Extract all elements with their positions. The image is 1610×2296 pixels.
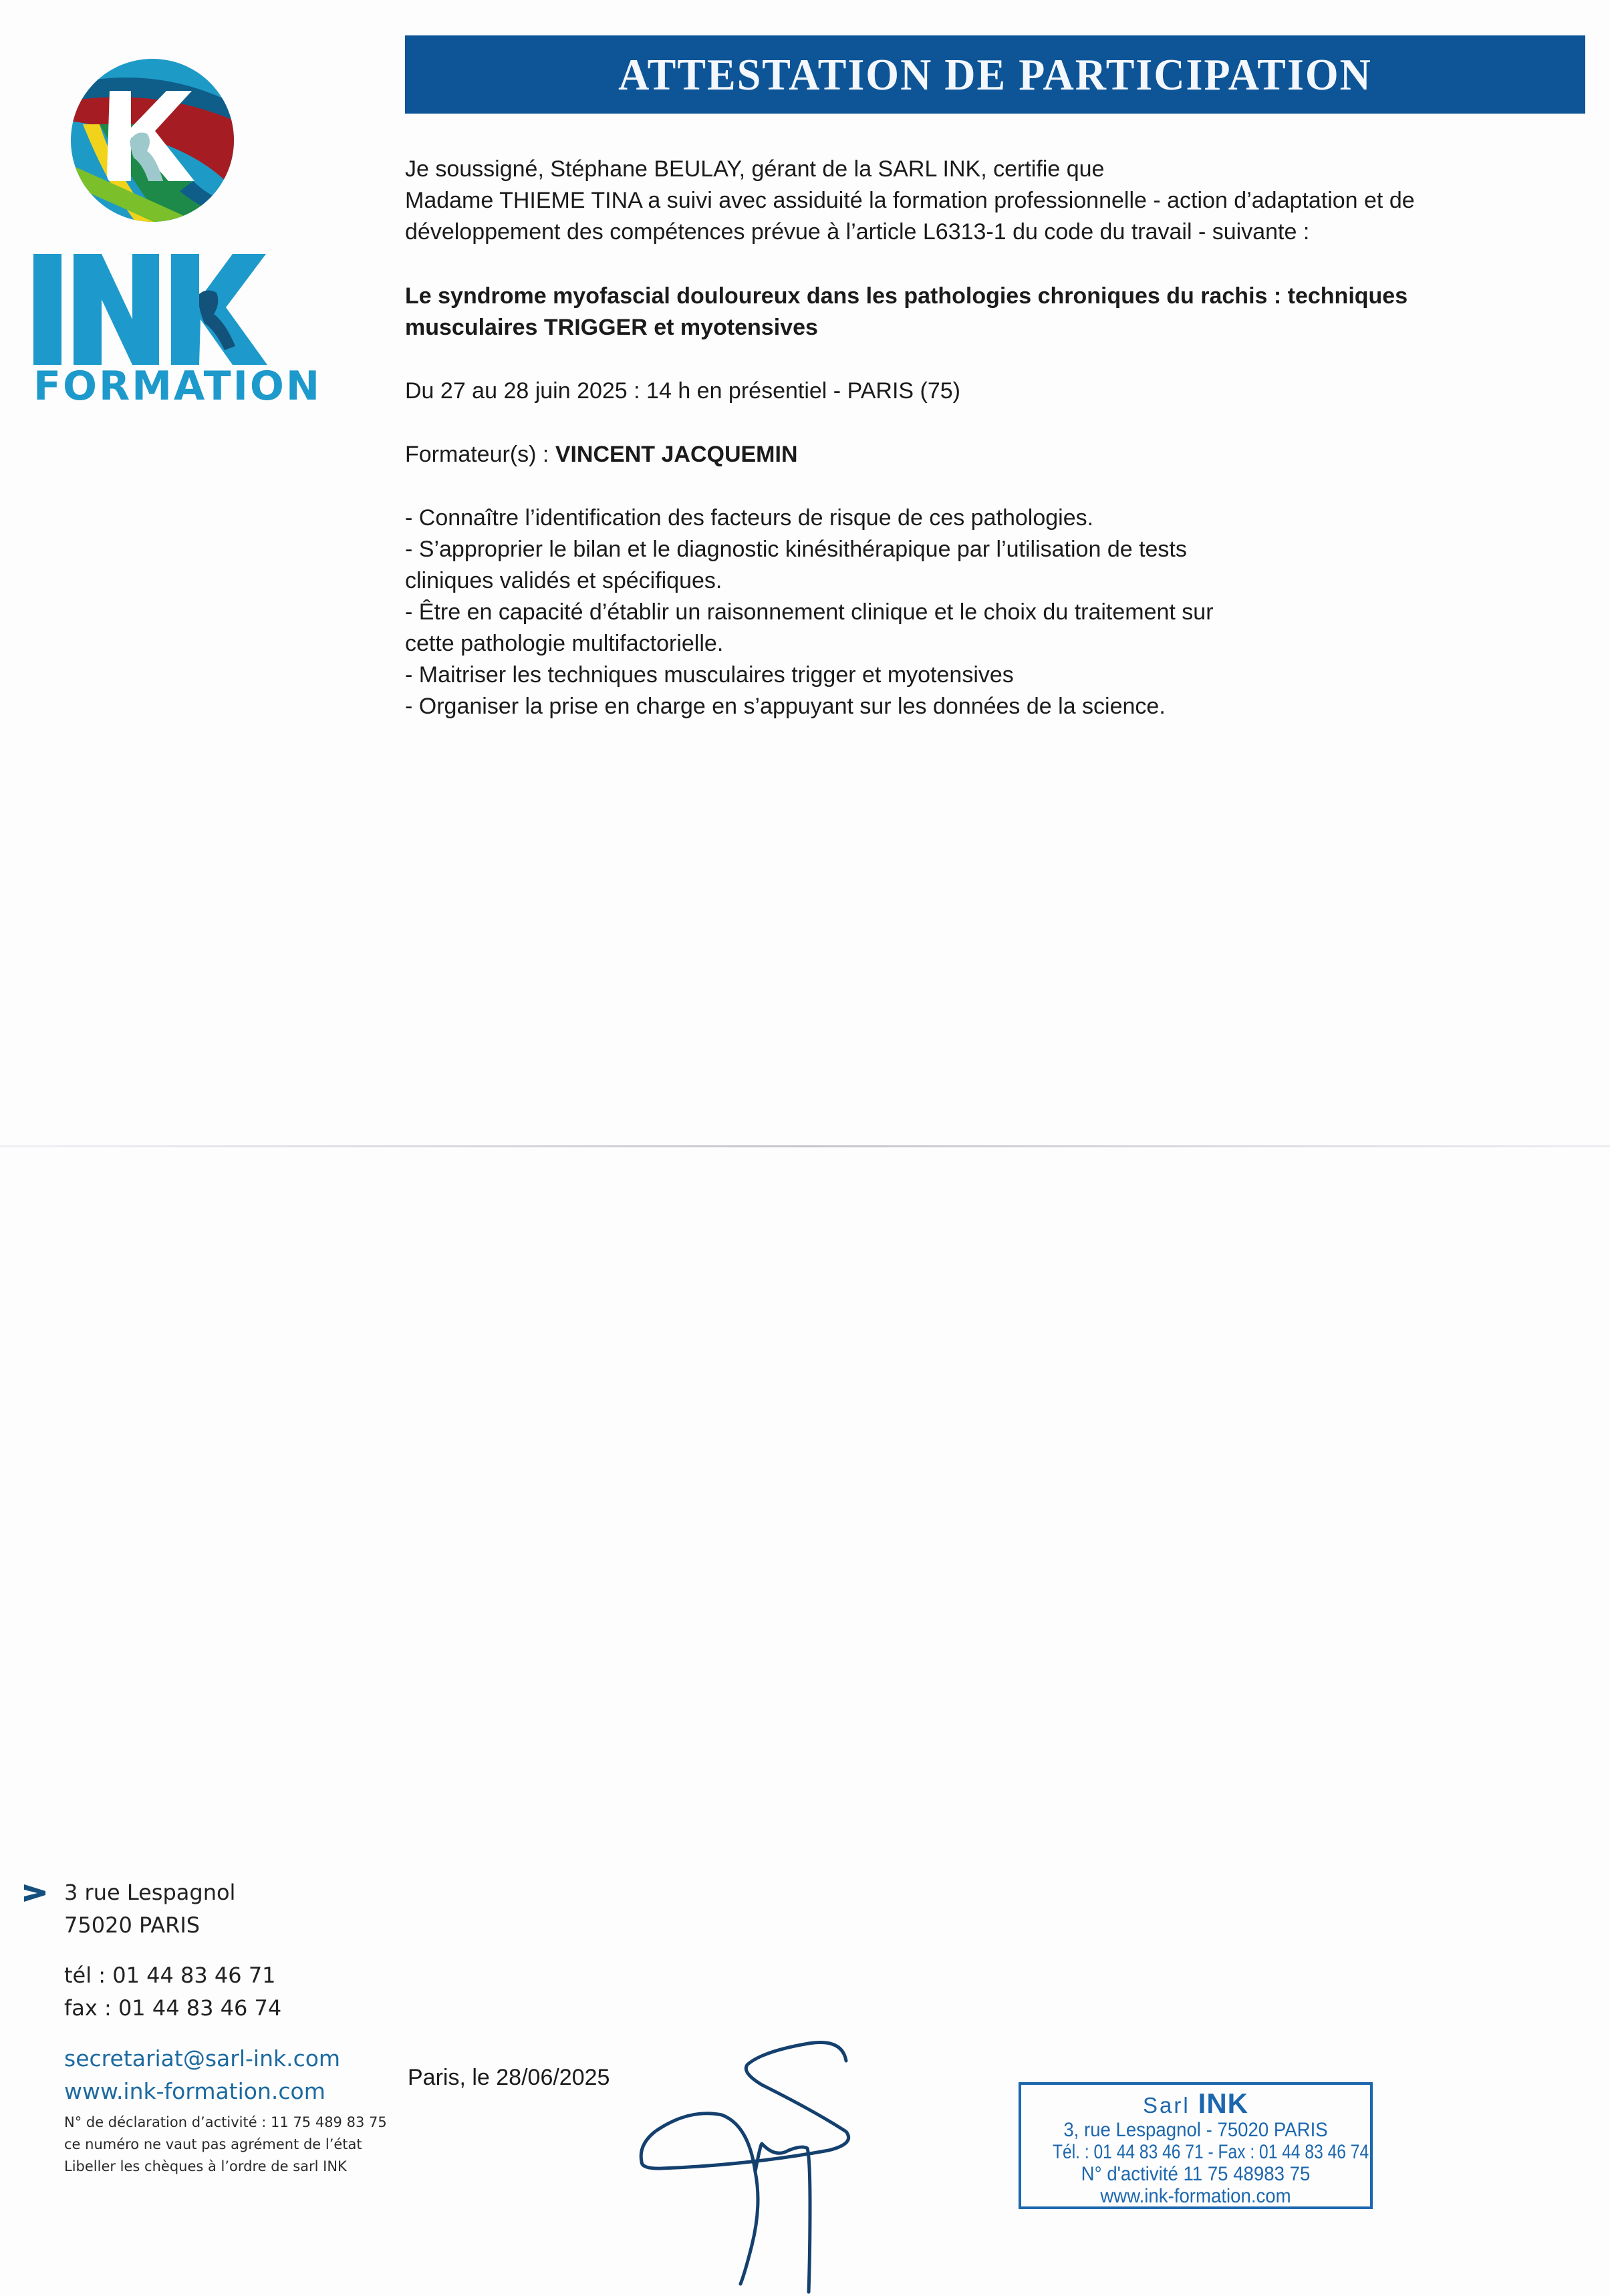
objective-item: - Maitriser les techniques musculaires t… [405,660,1214,691]
course-title: Le syndrome myofascial douloureux dans l… [405,281,1407,343]
handwritten-signature [468,2031,1016,2296]
phone-number: tél : 01 44 83 46 71 [64,1959,340,1992]
ink-formation-logo: FORMATION [32,52,273,413]
course-dates: Du 27 au 28 juin 2025 : 14 h en présenti… [405,376,960,407]
website-link[interactable]: www.ink-formation.com [64,2075,340,2108]
objective-item: - Être en capacité d’établir un raisonne… [405,597,1214,628]
objective-item: - Connaître l’identification des facteur… [405,503,1214,534]
legal-line: N° de déclaration d’activité : 11 75 489… [64,2112,387,2134]
objective-item: - Organiser la prise en charge en s’appu… [405,691,1214,722]
legal-notice: N° de déclaration d’activité : 11 75 489… [64,2112,387,2178]
intro-line: développement des compétences prévue à l… [405,217,1415,248]
stamp-name: INK [1198,2088,1248,2119]
legal-line: Libeller les chèques à l’ordre de sarl I… [64,2156,387,2178]
objective-item: cliniques validés et spécifiques. [405,565,1214,597]
paper-fold-line [0,1145,1610,1147]
stamp-prefix: Sarl [1143,2093,1190,2118]
certification-statement: Je soussigné, Stéphane BEULAY, gérant de… [405,154,1415,248]
company-stamp: SarlINK 3, rue Lespagnol - 75020 PARIS T… [1019,2082,1373,2209]
logo-wordmark [32,253,273,366]
legal-line: ce numéro ne vaut pas agrément de l’état [64,2134,387,2156]
logo-k-emblem-icon [70,57,235,223]
document-title: ATTESTATION DE PARTICIPATION [618,49,1372,101]
fax-number: fax : 01 44 83 46 74 [64,1992,340,2025]
course-title-line: musculaires TRIGGER et myotensives [405,312,1407,343]
contact-block: 3 rue Lespagnol 75020 PARIS tél : 01 44 … [64,1876,340,2108]
objective-item: - S’approprier le bilan et le diagnostic… [405,534,1214,565]
stamp-activity-number: N° d'activité 11 75 48983 75 [1035,2163,1356,2185]
trainer-line: Formateur(s) : VINCENT JACQUEMIN [405,439,798,470]
intro-line: Madame THIEME TINA a suivi avec assiduit… [405,185,1415,217]
stamp-company-name: SarlINK [1021,2090,1370,2119]
email-link[interactable]: secretariat@sarl-ink.com [64,2042,340,2075]
stamp-phones: Tél. : 01 44 83 46 71 - Fax : 01 44 83 4… [1053,2141,1339,2163]
objective-item: cette pathologie multifactorielle. [405,628,1214,660]
objectives-list: - Connaître l’identification des facteur… [405,503,1214,722]
stamp-website: www.ink-formation.com [1035,2185,1356,2207]
address-line-1: 3 rue Lespagnol [64,1876,340,1909]
intro-line: Je soussigné, Stéphane BEULAY, gérant de… [405,154,1415,185]
trainer-name: VINCENT JACQUEMIN [555,442,798,467]
address-line-2: 75020 PARIS [64,1909,340,1942]
attestation-page: FORMATION ATTESTATION DE PARTICIPATION J… [0,0,1610,2296]
trainer-label: Formateur(s) : [405,442,555,467]
course-title-line: Le syndrome myofascial douloureux dans l… [405,281,1407,312]
chevron-right-icon [23,1880,47,1904]
stamp-address: 3, rue Lespagnol - 75020 PARIS [1035,2119,1356,2141]
title-banner: ATTESTATION DE PARTICIPATION [405,35,1585,114]
logo-subtitle: FORMATION [33,366,321,406]
